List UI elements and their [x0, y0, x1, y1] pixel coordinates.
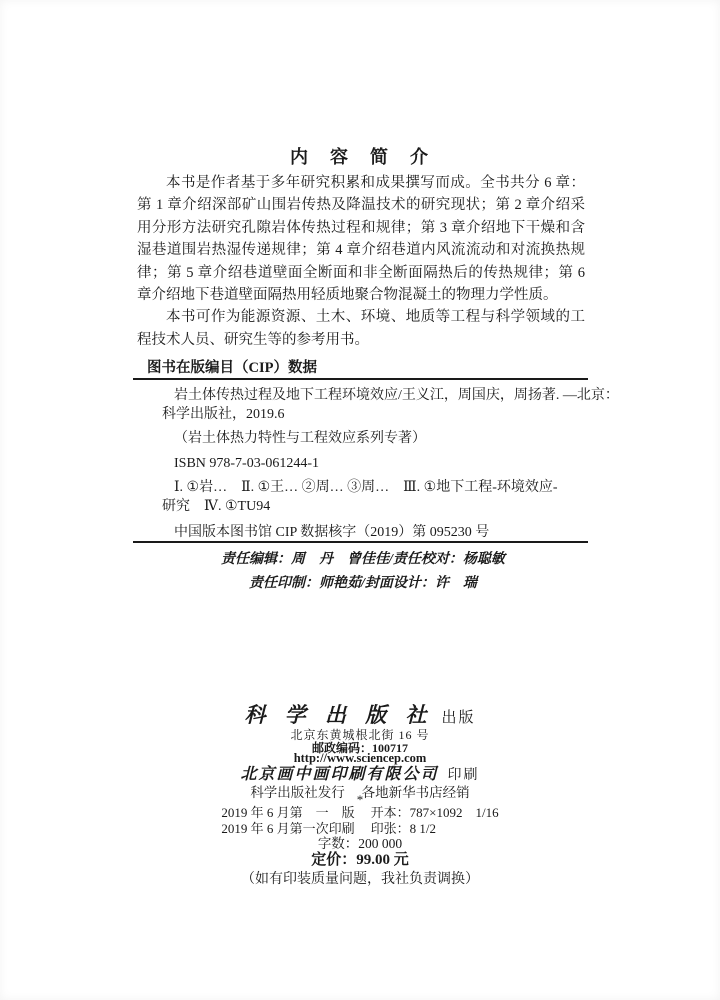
cip-body: 岩土体传热过程及地下工程环境效应/王义江，周国庆，周扬著. —北京： 科学出版社…: [162, 387, 588, 543]
cip-classification-line-2: 研究 Ⅳ. ①TU94: [162, 498, 588, 517]
publisher-role-label: 出版: [441, 710, 475, 726]
edition-date: 2019 年 6 月第 一 版: [221, 805, 354, 821]
intro-title: 内 容 简 介: [0, 143, 720, 169]
cip-header: 图书在版编目（CIP）数据: [147, 356, 317, 377]
cip-series-line: （岩土体热力特性与工程效应系列专著）: [162, 430, 588, 449]
cip-classification-line-1: Ⅰ. ①岩… Ⅱ. ①王… ②周… ③周… Ⅲ. ①地下工程-环境效应-: [162, 479, 588, 498]
intro-paragraph-1: 本书是作者基于多年研究积累和成果撰写而成。全书共分 6 章：第 1 章介绍深部矿…: [137, 172, 585, 306]
publisher-line: 科 学 出 版 社 出版: [0, 699, 720, 729]
cip-rule-top: [133, 378, 588, 380]
copyright-page: 内 容 简 介 本书是作者基于多年研究积累和成果撰写而成。全书共分 6 章：第 …: [0, 0, 720, 1000]
cip-record-number: 中国版本图书馆 CIP 数据核字（2019）第 095230 号: [162, 524, 588, 543]
staff-editors-line: 责任编辑：周 丹 曾佳佳/责任校对：杨聪敏: [133, 548, 593, 568]
quality-note: （如有印装质量问题，我社负责调换）: [0, 868, 720, 888]
publisher-logotype: 科 学 出 版 社: [244, 703, 433, 727]
intro-text: 本书是作者基于多年研究积累和成果撰写而成。全书共分 6 章：第 1 章介绍深部矿…: [137, 172, 585, 351]
intro-paragraph-2: 本书可作为能源资源、土木、环境、地质等工程与科学领域的工程技术人员、研究生等的参…: [137, 306, 585, 351]
cip-publisher-line: 科学出版社，2019.6: [162, 406, 588, 425]
cip-title-line: 岩土体传热过程及地下工程环境效应/王义江，周国庆，周扬著. —北京：: [162, 387, 588, 406]
staff-printing-design-line: 责任印制：师艳茹/封面设计：许 瑞: [133, 572, 593, 592]
cip-rule-bottom: [133, 541, 588, 543]
cip-isbn-line: ISBN 978-7-03-061244-1: [162, 455, 588, 474]
price: 定价：99.00 元: [0, 848, 720, 869]
format-spec: 开本：787×1092 1/16: [371, 805, 499, 821]
